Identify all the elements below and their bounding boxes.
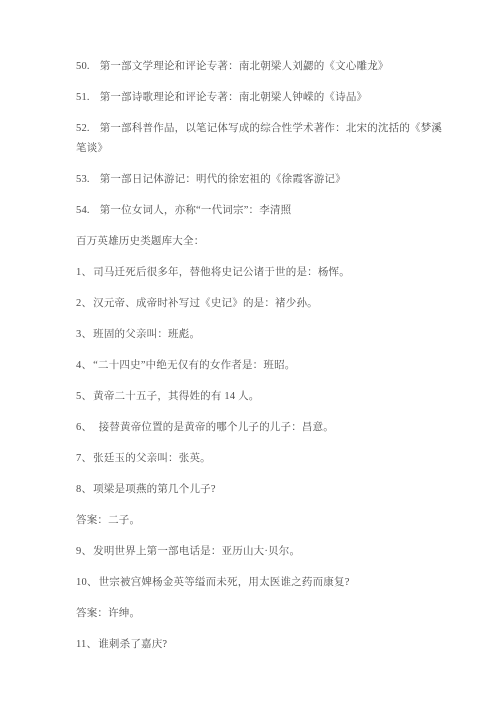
question-number: 11、 bbox=[76, 639, 97, 650]
question-9: 9、发明世界上第一部电话是：亚历山大·贝尔。 bbox=[76, 542, 448, 562]
question-number: 2、 bbox=[76, 298, 92, 309]
item-text: 第一部文学理论和评论专著：南北朝梁人刘勰的《文心雕龙》 bbox=[100, 61, 389, 72]
item-number: 50. bbox=[76, 61, 90, 72]
question-11: 11、谁刺杀了嘉庆? bbox=[76, 635, 448, 655]
question-3: 3、班固的父亲叫：班彪。 bbox=[76, 325, 448, 345]
answer-text: 答案：许绅。 bbox=[76, 608, 140, 619]
item-number: 54. bbox=[76, 205, 90, 216]
question-number: 5、 bbox=[76, 391, 92, 402]
question-number: 1、 bbox=[76, 267, 92, 278]
question-text: 司马迁死后很多年，替他将史记公诸于世的是：杨恽。 bbox=[93, 267, 350, 278]
question-2: 2、汉元帝、成帝时补写过《史记》的是：褚少孙。 bbox=[76, 294, 448, 314]
item-number: 52. bbox=[76, 123, 90, 134]
section-title: 百万英雄历史类题库大全： bbox=[76, 232, 448, 252]
item-50: 50.第一部文学理论和评论专著：南北朝梁人刘勰的《文心雕龙》 bbox=[76, 57, 448, 77]
question-text: “二十四史”中绝无仅有的女作者是：班昭。 bbox=[93, 360, 295, 371]
item-51: 51.第一部诗歌理论和评论专著：南北朝梁人钟嵘的《诗品》 bbox=[76, 88, 448, 108]
question-text: 汉元帝、成帝时补写过《史记》的是：褚少孙。 bbox=[93, 298, 318, 309]
question-5: 5、黄帝二十五子，其得姓的有 14 人。 bbox=[76, 387, 448, 407]
question-text: 谁刺杀了嘉庆? bbox=[98, 639, 167, 650]
section-title-text: 百万英雄历史类题库大全： bbox=[76, 236, 204, 247]
answer-text: 答案：二子。 bbox=[76, 515, 140, 526]
question-1: 1、司马迁死后很多年，替他将史记公诸于世的是：杨恽。 bbox=[76, 263, 448, 283]
question-text: 世宗被宫婢杨金英等缢而未死，用太医谁之药而康复? bbox=[99, 577, 350, 588]
item-number: 51. bbox=[76, 92, 90, 103]
question-8: 8、项梁是项燕的第几个儿子? bbox=[76, 480, 448, 500]
question-text: 接替黄帝位置的是黄帝的哪个儿子的儿子：昌意。 bbox=[99, 422, 334, 433]
question-number: 8、 bbox=[76, 484, 92, 495]
answer-8: 答案：二子。 bbox=[76, 511, 448, 531]
question-number: 3、 bbox=[76, 329, 92, 340]
question-text: 班固的父亲叫：班彪。 bbox=[93, 329, 200, 340]
question-10: 10、世宗被宫婢杨金英等缢而未死，用太医谁之药而康复? bbox=[76, 573, 448, 593]
question-text: 黄帝二十五子，其得姓的有 14 人。 bbox=[93, 391, 259, 402]
question-text: 项梁是项燕的第几个儿子? bbox=[93, 484, 216, 495]
item-text: 第一部日记体游记：明代的徐宏祖的《徐霞客游记》 bbox=[100, 174, 346, 185]
item-52: 52.第一部科普作品，以笔记体写成的综合性学术著作：北宋的沈括的《梦溪笔谈》 bbox=[76, 119, 448, 159]
question-7: 7、张廷玉的父亲叫：张英。 bbox=[76, 449, 448, 469]
item-53: 53.第一部日记体游记：明代的徐宏祖的《徐霞客游记》 bbox=[76, 170, 448, 190]
question-6: 6、 接替黄帝位置的是黄帝的哪个儿子的儿子：昌意。 bbox=[76, 418, 448, 438]
question-text: 发明世界上第一部电话是：亚历山大·贝尔。 bbox=[93, 546, 300, 557]
question-4: 4、“二十四史”中绝无仅有的女作者是：班昭。 bbox=[76, 356, 448, 376]
document-page: 50.第一部文学理论和评论专著：南北朝梁人刘勰的《文心雕龙》 51.第一部诗歌理… bbox=[0, 0, 500, 707]
item-text: 第一部科普作品，以笔记体写成的综合性学术著作：北宋的沈括的《梦溪笔谈》 bbox=[76, 123, 442, 154]
question-number: 10、 bbox=[76, 577, 98, 588]
answer-10: 答案：许绅。 bbox=[76, 604, 448, 624]
item-54: 54.第一位女词人，亦称“一代词宗”：李清照 bbox=[76, 201, 448, 221]
item-number: 53. bbox=[76, 174, 90, 185]
item-text: 第一位女词人，亦称“一代词宗”：李清照 bbox=[100, 205, 292, 216]
question-number: 6、 bbox=[76, 422, 98, 433]
question-number: 4、 bbox=[76, 360, 92, 371]
question-number: 7、 bbox=[76, 453, 92, 464]
question-text: 张廷玉的父亲叫：张英。 bbox=[93, 453, 211, 464]
item-text: 第一部诗歌理论和评论专著：南北朝梁人钟嵘的《诗品》 bbox=[100, 92, 368, 103]
question-number: 9、 bbox=[76, 546, 92, 557]
